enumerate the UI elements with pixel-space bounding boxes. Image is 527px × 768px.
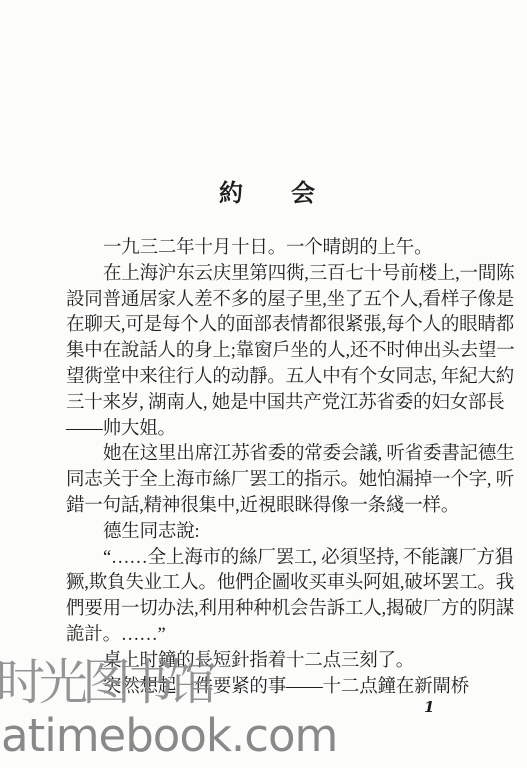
watermark-site-url: atimebook.com <box>1 712 337 759</box>
text-line: 錯一句話,精神很集中,近視眼眯得像一条綫一样。 <box>66 494 468 520</box>
text-line: 三十来岁, 湖南人, 她是中国共产党江苏省委的妇女部長 <box>66 391 468 417</box>
text-line: ——帅大姐。 <box>66 417 468 443</box>
chapter-title: 約 会 <box>66 180 468 209</box>
text-line: 一九三二年十月十日。一个晴朗的上午。 <box>66 236 468 262</box>
text-line: 望衖堂中来往行人的动靜。五人中有个女同志, 年紀大約 <box>66 365 468 391</box>
text-line: 設同普通居家人差不多的屋子里,坐了五个人,看样子像是 <box>66 288 468 314</box>
text-line: 在上海沪东云庆里第四衖,三百七十号前楼上,一間陈 <box>66 262 468 288</box>
text-line: 集中在說話人的身上;靠窗戶坐的人,还不时伸出头去望一 <box>66 339 468 365</box>
text-line: 她在这里出席江苏省委的常委会議, 听省委書記德生 <box>66 442 468 468</box>
text-line: 詭計。……” <box>66 623 468 649</box>
watermark-library-name: 时光图书馆 <box>0 657 211 710</box>
text-line: 同志关于全上海市絲厂罢工的指示。她怕漏掉一个字, 听 <box>66 468 468 494</box>
text-line: “……全上海市的絲厂罢工, 必須坚持, 不能讓厂方猖 <box>66 546 468 572</box>
book-page: 約 会 一九三二年十月十日。一个晴朗的上午。在上海沪东云庆里第四衖,三百七十号前… <box>0 0 527 768</box>
text-line: 們要用一切办法,利用种种机会告訴工人,揭破厂方的阴謀 <box>66 597 468 623</box>
text-line: 在聊天,可是每个人的面部表情都很紧張,每个人的眼睛都 <box>66 313 468 339</box>
text-line: 德生同志說: <box>66 520 468 546</box>
text-line: 獗,欺負失业工人。他們企圖收买車头阿姐,破坏罢工。我 <box>66 571 468 597</box>
text-block: 一九三二年十月十日。一个晴朗的上午。在上海沪东云庆里第四衖,三百七十号前楼上,一… <box>66 236 468 700</box>
page-number: 1 <box>424 698 434 716</box>
